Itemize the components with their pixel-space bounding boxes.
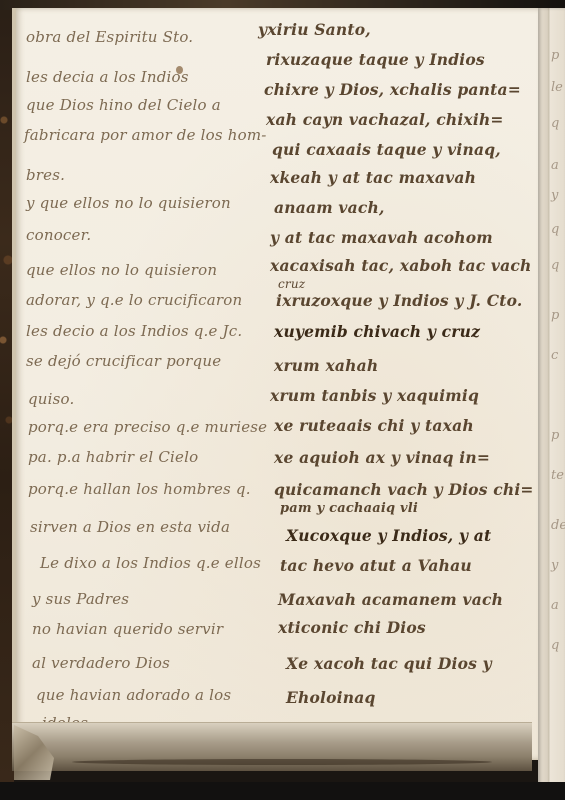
left-line: adorar, y q.e lo crucificaron (26, 293, 242, 308)
left-line: que ellos no lo quisieron (26, 263, 217, 278)
ghost-letter: y (551, 188, 558, 203)
left-line: porq.e hallan los hombres q. (28, 482, 251, 497)
right-line-interlinear: cruz (278, 278, 305, 290)
right-line: yxiriu Santo, (258, 22, 371, 38)
left-line: se dejó crucificar porque (26, 354, 221, 369)
left-line: fabricara por amor de los hom- (24, 128, 267, 143)
left-line: quiso. (28, 392, 75, 407)
left-line: porq.e era preciso q.e muriese (28, 420, 267, 435)
left-line: no havian querido servir (32, 622, 223, 637)
right-line: xrum tanbis y xaquimiq (270, 388, 479, 404)
left-line: conocer. (26, 228, 91, 243)
right-line: Maxavah acamanem vach (278, 592, 503, 608)
scan-bottom-edge (0, 782, 565, 800)
right-line: Eholoinaq (286, 690, 376, 706)
left-line: sirven a Dios en esta vida (30, 520, 230, 535)
right-line: tac hevo atut a Vahau (280, 558, 472, 574)
ghost-letter: de (551, 518, 565, 533)
right-line: xe aquioh ax y vinaq in= (274, 450, 490, 466)
right-line: xticonic chi Dios (278, 620, 426, 636)
right-line: chixre y Dios, xchalis panta= (264, 82, 521, 98)
right-line: xacaxisah tac, xaboh tac vach (270, 258, 531, 274)
right-line: ixruzoxque y Indios y J. Cto. (276, 293, 523, 309)
right-line: Xucoxque y Indios, y at (286, 528, 491, 544)
ghost-letter: a (551, 598, 559, 613)
right-line: xah cayn vachazal, chixih= (266, 112, 504, 128)
ghost-letter: a (551, 158, 559, 173)
right-line: xkeah y at tac maxavah (270, 170, 476, 186)
left-line: pa. p.a habrir el Cielo (28, 450, 198, 465)
right-line: anaam vach, (274, 200, 385, 216)
ghost-letter: y (551, 558, 558, 573)
right-line: xrum xahah (274, 358, 378, 374)
left-line: y que ellos no lo quisieron (26, 196, 231, 211)
ghost-letter: q (551, 258, 559, 273)
right-line: quicamanch vach y Dios chi= (274, 482, 534, 498)
ghost-letter: c (551, 348, 558, 363)
left-line: que havian adorado a los (36, 688, 231, 703)
right-line: qui caxaais taque y vinaq, (272, 142, 501, 158)
ghost-letter: q (551, 638, 559, 653)
right-line: y at tac maxavah acohom (270, 230, 493, 246)
ghost-letter: te (551, 468, 564, 483)
adjacent-page-edge: p le q a y q q p c p te de y a q (538, 8, 565, 788)
ghost-letter: le (551, 80, 563, 95)
manuscript-scan: obra del Espiritu Sto. les decia a los I… (0, 0, 565, 800)
left-line: obra del Espiritu Sto. (26, 30, 193, 45)
left-line: Le dixo a los Indios q.e ellos (40, 556, 261, 571)
right-line: xuyemib chivach y cruz (274, 324, 480, 340)
right-line: xe ruteaais chi y taxah (274, 418, 474, 434)
manuscript-page: obra del Espiritu Sto. les decia a los I… (12, 8, 542, 760)
ghost-letter: p (551, 48, 559, 63)
left-line: y sus Padres (32, 592, 129, 607)
ghost-letter: p (551, 428, 559, 443)
right-line: rixuzaque taque y Indios (266, 52, 485, 68)
right-line-interlinear: pam y cachaaiq vli (280, 502, 418, 515)
left-line: bres. (26, 168, 65, 183)
right-line: Xe xacoh tac qui Dios y (286, 656, 492, 672)
left-line: al verdadero Dios (32, 656, 170, 671)
left-line: les decia a los Indios (26, 70, 189, 85)
water-stain-bottom-edge (12, 722, 532, 771)
left-line: que Dios hino del Cielo a (26, 98, 221, 113)
ghost-letter: q (551, 222, 559, 237)
ghost-letter: p (551, 308, 559, 323)
ghost-letter: q (551, 116, 559, 131)
left-line: les decio a los Indios q.e Jc. (26, 324, 242, 339)
